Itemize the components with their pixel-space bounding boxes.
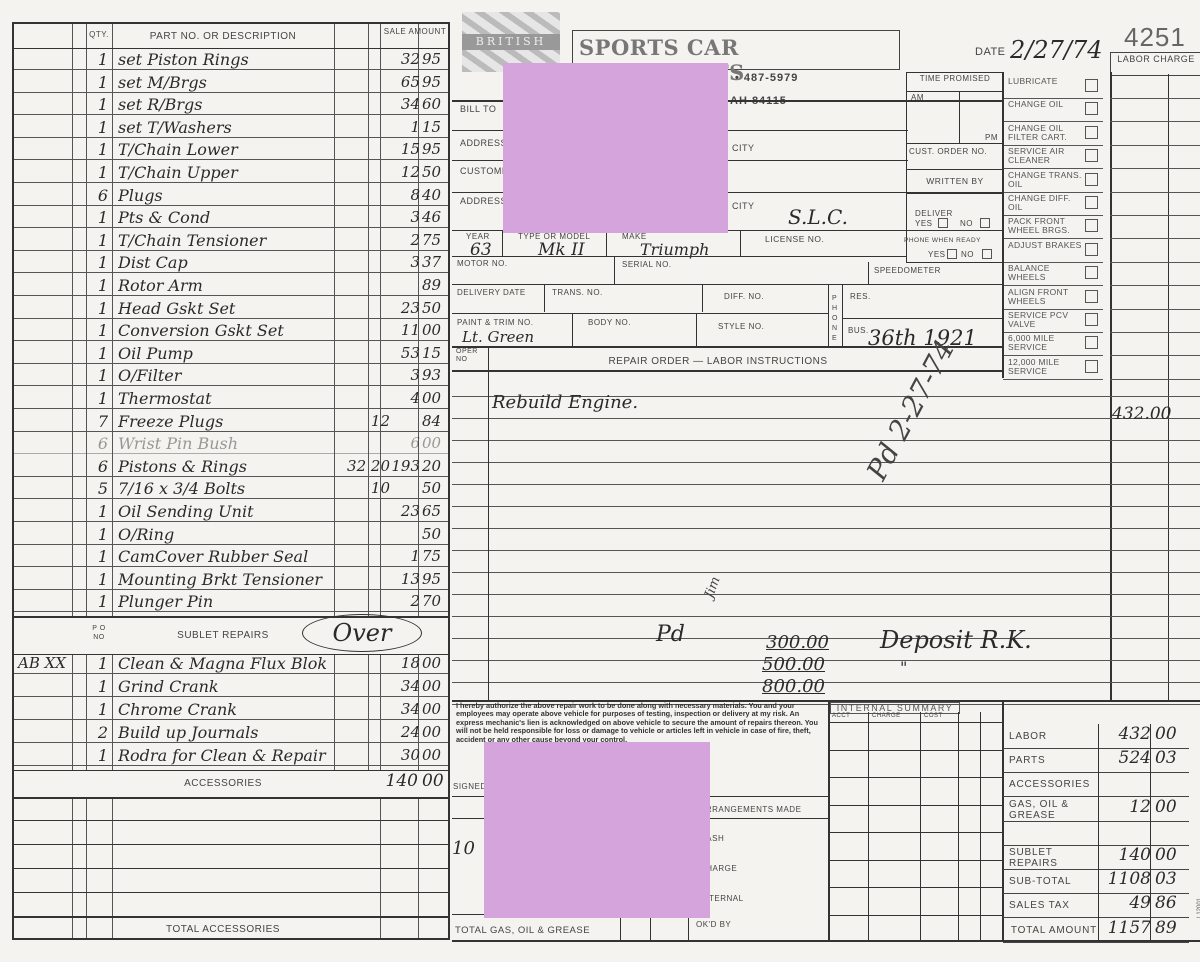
part-dollars: 53 xyxy=(386,344,420,362)
part-qty: 5 xyxy=(92,479,114,498)
part-cents: 60 xyxy=(422,95,450,113)
part-row: 1Oil Sending Unit2365 xyxy=(14,502,448,522)
part-cents: 50 xyxy=(422,479,450,497)
part-cents: 95 xyxy=(422,570,450,588)
sale-amount-header: SALE AMOUNT xyxy=(380,27,450,37)
labor-charge-line xyxy=(1110,379,1200,380)
city-label: CITY xyxy=(732,143,755,153)
total-row: SUB-TOTAL110803 xyxy=(1003,869,1189,894)
part-qty: 1 xyxy=(92,389,114,408)
accessories-header-row: ACCESSORIES 140 00 xyxy=(14,770,448,799)
part-dollars: 6 xyxy=(386,434,420,452)
labor-charge-line xyxy=(1110,98,1200,99)
labor-charge-line xyxy=(1110,215,1200,216)
part-qty: 1 xyxy=(92,299,114,318)
redaction-block xyxy=(503,63,728,233)
part-description: 7/16 x 3/4 Bolts xyxy=(118,479,338,498)
service-item: ALIGN FRONT WHEELS xyxy=(1003,285,1103,310)
part-cents: 40 xyxy=(422,186,450,204)
part-row: 1Dist Cap337 xyxy=(14,253,448,273)
part-row: 1Head Gskt Set2350 xyxy=(14,299,448,319)
service-label: PACK FRONT WHEEL BRGS. xyxy=(1008,217,1086,235)
diff-label: DIFF. NO. xyxy=(724,292,764,301)
part-cents: 15 xyxy=(422,344,450,362)
service-checkbox[interactable] xyxy=(1085,126,1098,139)
total-cents: 03 xyxy=(1155,748,1189,768)
redaction-block xyxy=(484,742,710,918)
total-cents: 00 xyxy=(1155,845,1189,865)
labor-charge-line xyxy=(1110,285,1200,286)
part-dollars: 32 xyxy=(386,50,420,68)
gas-value: 10 xyxy=(452,838,475,859)
part-dollars: 11 xyxy=(386,321,420,339)
phone-yes-checkbox[interactable] xyxy=(947,249,957,259)
sublet-cents: 00 xyxy=(422,746,450,764)
part-description: Conversion Gskt Set xyxy=(118,321,338,340)
service-label: LUBRICATE xyxy=(1008,77,1086,86)
deliver-label: DELIVER xyxy=(915,209,953,218)
part-dollars: 193 xyxy=(386,457,420,475)
labor-charge-line xyxy=(1110,192,1200,193)
sublet-row: 1Chrome Crank3400 xyxy=(14,700,448,720)
part-row: 1O/Filter393 xyxy=(14,366,448,386)
service-checkbox[interactable] xyxy=(1085,313,1098,326)
part-row: 1O/Ring50 xyxy=(14,525,448,545)
part-dollars: 1 xyxy=(386,547,420,565)
part-row: 6Pistons & Rings32 2019320 xyxy=(14,457,448,477)
part-qty: 1 xyxy=(92,344,114,363)
service-checkbox[interactable] xyxy=(1085,266,1098,279)
payment-2-note: " xyxy=(900,658,907,677)
labor-line xyxy=(452,616,1200,617)
trans-label: TRANS. NO. xyxy=(552,288,603,297)
sublet-row: 2Build up Journals2400 xyxy=(14,723,448,743)
sublet-cents: 00 xyxy=(422,654,450,672)
part-description: Head Gskt Set xyxy=(118,299,338,318)
sublet-dollars: 34 xyxy=(386,677,420,695)
part-description: T/Chain Upper xyxy=(118,163,338,182)
service-checkbox[interactable] xyxy=(1085,360,1098,373)
part-dollars: 15 xyxy=(386,140,420,158)
part-row: 1T/Chain Upper1250 xyxy=(14,163,448,183)
service-item: 6,000 MILE SERVICE xyxy=(1003,331,1103,356)
service-label: SERVICE PCV VALVE xyxy=(1008,311,1086,329)
part-cents: 84 xyxy=(422,412,450,430)
labor-line xyxy=(452,528,1200,529)
total-dollars: 432 xyxy=(1103,724,1151,744)
sublet-qty: 1 xyxy=(92,677,114,696)
service-checkbox[interactable] xyxy=(1085,290,1098,303)
service-item: BALANCE WHEELS xyxy=(1003,261,1103,286)
phone-vertical-label: PHONE xyxy=(832,294,840,344)
service-item: PACK FRONT WHEEL BRGS. xyxy=(1003,214,1103,239)
sublet-qty: 1 xyxy=(92,654,114,673)
service-checkbox[interactable] xyxy=(1085,196,1098,209)
service-checkbox[interactable] xyxy=(1085,173,1098,186)
service-checkbox[interactable] xyxy=(1085,79,1098,92)
part-dollars: 3 xyxy=(386,208,420,226)
total-label: GAS, OIL & GREASE xyxy=(1009,799,1101,821)
time-promised-label: TIME PROMISED xyxy=(907,75,1003,83)
service-checkbox[interactable] xyxy=(1085,336,1098,349)
logo-text: BRITISH xyxy=(462,34,560,50)
address-label: ADDRESS xyxy=(460,138,507,148)
part-cents: 00 xyxy=(422,321,450,339)
cost-col: COST xyxy=(924,713,943,719)
labor-line xyxy=(452,660,1200,661)
part-dollars: 13 xyxy=(386,570,420,588)
part-dollars: 12 xyxy=(386,163,420,181)
date-label: DATE xyxy=(975,46,1006,58)
total-row: ACCESSORIES xyxy=(1003,772,1189,797)
part-cents: 70 xyxy=(422,592,450,610)
city-value: S.L.C. xyxy=(788,205,848,229)
part-cents: 00 xyxy=(422,389,450,407)
part-description: Plugs xyxy=(118,186,338,205)
part-qty: 1 xyxy=(92,592,114,611)
total-row: PARTS52403 xyxy=(1003,748,1189,773)
total-dollars: 12 xyxy=(1103,797,1151,817)
part-row: 1Rotor Arm89 xyxy=(14,276,448,296)
total-cents: 03 xyxy=(1155,869,1189,889)
over-note: Over xyxy=(302,614,422,652)
total-row xyxy=(1003,821,1189,846)
sublet-po: AB XX xyxy=(18,654,66,672)
labor-line xyxy=(452,594,1200,595)
part-row: 1T/Chain Tensioner275 xyxy=(14,231,448,251)
part-dollars: 3 xyxy=(386,253,420,271)
parts-table: QTY. PART NO. OR DESCRIPTION SALE AMOUNT… xyxy=(12,22,450,940)
service-checkbox[interactable] xyxy=(1085,243,1098,256)
style-label: STYLE NO. xyxy=(718,322,764,331)
company-phone: • 487-5979 xyxy=(735,72,798,84)
part-description: Freeze Plugs xyxy=(118,412,338,431)
part-dollars: 3 xyxy=(386,366,420,384)
deliver-yes-label: YES xyxy=(915,219,933,228)
part-description: Thermostat xyxy=(118,389,338,408)
time-promised-block: TIME PROMISED AM PM CUST. ORDER NO. WRIT… xyxy=(906,72,1003,194)
labor-amount: 432.00 xyxy=(1112,404,1198,424)
acct-col: ACCT xyxy=(832,713,850,719)
part-list-price: 32 20 xyxy=(334,457,390,475)
part-row: 1Plunger Pin270 xyxy=(14,592,448,612)
total-dollars: 524 xyxy=(1103,748,1151,768)
service-label: 12,000 MILE SERVICE xyxy=(1008,358,1086,376)
labor-charge-line xyxy=(1110,355,1200,356)
sublet-description: Chrome Crank xyxy=(118,700,338,719)
labor-line xyxy=(452,462,1200,463)
labor-charge-line xyxy=(1110,238,1200,239)
arrangements-label: ARRANGEMENTS MADE xyxy=(700,805,801,814)
sublet-qty: 2 xyxy=(92,723,114,742)
phone-no-label: NO xyxy=(961,250,974,259)
bill-to-label: BILL TO xyxy=(460,104,496,114)
service-item: LUBRICATE xyxy=(1003,74,1103,99)
service-label: CHANGE TRANS. OIL xyxy=(1008,171,1086,189)
part-qty: 1 xyxy=(92,163,114,182)
service-item: CHANGE TRANS. OIL xyxy=(1003,168,1103,193)
part-qty: 1 xyxy=(92,50,114,69)
labor-line xyxy=(452,484,1200,485)
date-value: 2/27/74 xyxy=(1010,36,1103,64)
sublet-qty: 1 xyxy=(92,700,114,719)
service-item: CHANGE OIL xyxy=(1003,97,1103,122)
cust-order-label: CUST. ORDER NO. xyxy=(909,147,987,156)
service-label: 6,000 MILE SERVICE xyxy=(1008,334,1086,352)
service-checkbox[interactable] xyxy=(1085,149,1098,162)
paint-value: Lt. Green xyxy=(462,328,534,346)
bus-label: BUS. xyxy=(848,326,869,335)
service-label: ADJUST BRAKES xyxy=(1008,241,1086,250)
part-cents: 15 xyxy=(422,118,450,136)
accessories-header: ACCESSORIES xyxy=(112,778,334,789)
service-item: CHANGE OIL FILTER CART. xyxy=(1003,121,1103,146)
part-row: 1set M/Brgs6595 xyxy=(14,73,448,93)
part-row: 1Oil Pump5315 xyxy=(14,344,448,364)
total-label: SALES TAX xyxy=(1009,900,1101,911)
total-accessories-label: TOTAL ACCESSORIES xyxy=(112,924,334,935)
labor-line xyxy=(452,572,1200,573)
sublet-row: AB XX1Clean & Magna Flux Blok1800 xyxy=(14,654,448,674)
total-label: SUB-TOTAL xyxy=(1009,876,1101,887)
part-cents: 95 xyxy=(422,140,450,158)
service-label: CHANGE OIL xyxy=(1008,100,1086,109)
city-label-2: CITY xyxy=(732,201,755,211)
part-qty: 1 xyxy=(92,321,114,340)
labor-line xyxy=(452,682,1200,683)
sublet-description: Build up Journals xyxy=(118,723,338,742)
part-dollars: 8 xyxy=(386,186,420,204)
service-checkbox[interactable] xyxy=(1085,219,1098,232)
total-cents: 00 xyxy=(1155,797,1189,817)
part-qty: 1 xyxy=(92,547,114,566)
part-dollars: 2 xyxy=(386,592,420,610)
labor-charge-line xyxy=(1110,168,1200,169)
part-qty: 7 xyxy=(92,412,114,431)
sublet-dollars: 34 xyxy=(386,700,420,718)
phone-no-checkbox[interactable] xyxy=(982,249,992,259)
payment-total-amount: 800.00 xyxy=(762,676,825,697)
deliver-no-label: NO xyxy=(960,219,973,228)
part-qty: 1 xyxy=(92,502,114,521)
part-description: Pistons & Rings xyxy=(118,457,338,476)
service-label: CHANGE OIL FILTER CART. xyxy=(1008,124,1086,142)
part-dollars: 4 xyxy=(386,389,420,407)
address-label-2: ADDRESS xyxy=(460,196,507,206)
labor-instructions-header: REPAIR ORDER — LABOR INSTRUCTIONS xyxy=(488,356,948,367)
part-description: T/Chain Lower xyxy=(118,140,338,159)
labor-charge-line xyxy=(1110,262,1200,263)
part-cents: 46 xyxy=(422,208,450,226)
total-cents: 86 xyxy=(1155,893,1189,913)
service-item: SERVICE PCV VALVE xyxy=(1003,308,1103,333)
payment-prefix: Pd xyxy=(656,622,685,647)
part-cents: 37 xyxy=(422,253,450,271)
part-qty: 1 xyxy=(92,525,114,544)
po-label: P O NO xyxy=(86,624,112,642)
part-row: 1Thermostat400 xyxy=(14,389,448,409)
service-checkbox[interactable] xyxy=(1085,102,1098,115)
service-item: ADJUST BRAKES xyxy=(1003,238,1103,263)
part-qty: 1 xyxy=(92,95,114,114)
part-description: CamCover Rubber Seal xyxy=(118,547,338,566)
part-qty: 1 xyxy=(92,276,114,295)
sublet-description: Grind Crank xyxy=(118,677,338,696)
part-cents: 50 xyxy=(422,525,450,543)
part-cents: 95 xyxy=(422,73,450,91)
total-gas-oil-grease-label: TOTAL GAS, OIL & GREASE xyxy=(455,925,590,936)
part-description: Oil Sending Unit xyxy=(118,502,338,521)
part-description: Wrist Pin Bush xyxy=(118,434,338,453)
part-row: 1set T/Washers115 xyxy=(14,118,448,138)
part-qty: 1 xyxy=(92,231,114,250)
labor-line xyxy=(452,418,1200,419)
labor-charge-line xyxy=(1110,309,1200,310)
service-label: ALIGN FRONT WHEELS xyxy=(1008,288,1086,306)
part-row: 1Mounting Brkt Tensioner1395 xyxy=(14,570,448,590)
part-description: Mounting Brkt Tensioner xyxy=(118,570,338,589)
total-cents: 89 xyxy=(1155,918,1189,938)
labor-instruction-1: Rebuild Engine. xyxy=(492,392,638,413)
sublet-cents: 00 xyxy=(422,677,450,695)
labor-charge-header-box: LABOR CHARGE xyxy=(1110,52,1200,76)
total-label: ACCESSORIES xyxy=(1009,779,1101,790)
part-cents: 50 xyxy=(422,163,450,181)
part-qty: 1 xyxy=(92,73,114,92)
part-row: 1set R/Brgs3460 xyxy=(14,95,448,115)
part-cents: 00 xyxy=(422,434,450,452)
phone-when-ready-label: PHONE WHEN READY xyxy=(904,237,981,244)
total-label: LABOR xyxy=(1009,731,1101,742)
part-row: 1Pts & Cond346 xyxy=(14,208,448,228)
part-row: 1Conversion Gskt Set1100 xyxy=(14,321,448,341)
part-qty: 1 xyxy=(92,208,114,227)
sublet-dollars: 24 xyxy=(386,723,420,741)
service-label: BALANCE WHEELS xyxy=(1008,264,1086,282)
total-row: GAS, OIL & GREASE1200 xyxy=(1003,797,1189,822)
part-dollars: 23 xyxy=(386,502,420,520)
paint-label: PAINT & TRIM NO. xyxy=(457,318,533,327)
part-cents: 20 xyxy=(422,457,450,475)
part-row: 1CamCover Rubber Seal175 xyxy=(14,547,448,567)
part-qty: 1 xyxy=(92,140,114,159)
part-qty: 1 xyxy=(92,570,114,589)
part-description: Oil Pump xyxy=(118,344,338,363)
part-cents: 89 xyxy=(422,276,450,294)
service-label: SERVICE AIR CLEANER xyxy=(1008,147,1086,165)
sublet-dollars: 30 xyxy=(386,746,420,764)
part-cents: 75 xyxy=(422,547,450,565)
part-row: 1T/Chain Lower1595 xyxy=(14,140,448,160)
sublet-header-row: P O NO SUBLET REPAIRS Over xyxy=(14,616,448,655)
am-label: AM xyxy=(911,93,924,102)
labor-charge-line xyxy=(1110,332,1200,333)
part-description: Rotor Arm xyxy=(118,276,338,295)
oper-no-label: OPER NO xyxy=(456,348,484,364)
total-row: SUBLET REPAIRS14000 xyxy=(1003,845,1189,870)
license-label: LICENSE NO. xyxy=(765,234,824,244)
total-row: TOTAL AMOUNT115789 xyxy=(1003,918,1189,943)
labor-line xyxy=(452,506,1200,507)
part-description: set Piston Rings xyxy=(118,50,338,69)
part-qty: 1 xyxy=(92,366,114,385)
year-value: 63 xyxy=(470,240,492,260)
total-dollars: 1157 xyxy=(1103,918,1151,938)
part-row: 7Freeze Plugs1284 xyxy=(14,412,448,432)
total-label: PARTS xyxy=(1009,755,1101,766)
deliver-no-checkbox[interactable] xyxy=(980,218,990,228)
total-dollars: 49 xyxy=(1103,893,1151,913)
part-row: 6Wrist Pin Bush600 xyxy=(14,434,448,454)
service-item: SERVICE AIR CLEANER xyxy=(1003,144,1103,169)
total-row: LABOR43200 xyxy=(1003,724,1189,749)
part-cents: 65 xyxy=(422,502,450,520)
side-note: Jim xyxy=(702,575,724,601)
serial-label: SERIAL NO. xyxy=(622,260,672,269)
part-row: 57/16 x 3/4 Bolts1050 xyxy=(14,479,448,499)
res-label: RES. xyxy=(850,292,871,301)
signed-label: SIGNED xyxy=(453,782,487,791)
qty-header: QTY. xyxy=(86,30,112,39)
part-qty: 6 xyxy=(92,434,114,453)
total-label: SUBLET REPAIRS xyxy=(1009,847,1101,869)
part-row: 6Plugs840 xyxy=(14,186,448,206)
delivery-date-label: DELIVERY DATE xyxy=(457,288,526,297)
description-header: PART NO. OR DESCRIPTION xyxy=(112,31,334,42)
total-dollars: 140 xyxy=(1103,845,1151,865)
sublet-row: 1Grind Crank3400 xyxy=(14,677,448,697)
okd-by-label: OK'D BY xyxy=(696,920,731,929)
part-description: Pts & Cond xyxy=(118,208,338,227)
service-label: CHANGE DIFF. OIL xyxy=(1008,194,1086,212)
sublet-qty: 1 xyxy=(92,746,114,765)
speedometer-label: SPEEDOMETER xyxy=(874,266,941,275)
part-list-price: 10 xyxy=(334,479,390,497)
total-label: TOTAL AMOUNT xyxy=(1009,925,1097,936)
payment-1-amount: 300.00 xyxy=(766,632,829,653)
sublet-row: 1Rodra for Clean & Repair3000 xyxy=(14,746,448,766)
part-description: Dist Cap xyxy=(118,253,338,272)
labor-line xyxy=(452,550,1200,551)
total-row: SALES TAX4986 xyxy=(1003,893,1189,918)
model-value: Mk II xyxy=(538,240,585,260)
sublet-description: Clean & Magna Flux Blok xyxy=(118,654,338,673)
labor-charge-header: LABOR CHARGE xyxy=(1111,55,1200,64)
motor-label: MOTOR NO. xyxy=(457,259,508,268)
part-description: set M/Brgs xyxy=(118,73,338,92)
part-cents: 50 xyxy=(422,299,450,317)
sublet-cents: 00 xyxy=(422,700,450,718)
pm-label: PM xyxy=(985,133,998,142)
part-description: Plunger Pin xyxy=(118,592,338,611)
deliver-yes-checkbox[interactable] xyxy=(938,218,948,228)
part-description: set T/Washers xyxy=(118,118,338,137)
sublet-total-cents: 00 xyxy=(422,771,444,791)
part-description: T/Chain Tensioner xyxy=(118,231,338,250)
part-cents: 93 xyxy=(422,366,450,384)
part-qty: 1 xyxy=(92,118,114,137)
order-number: 4251 xyxy=(1124,22,1186,53)
payment-2-amount: 500.00 xyxy=(762,654,825,675)
labor-line xyxy=(452,440,1200,441)
labor-charge-line xyxy=(1110,121,1200,122)
sublet-cents: 00 xyxy=(422,723,450,741)
written-by-label: WRITTEN BY xyxy=(907,176,1003,186)
part-description: O/Filter xyxy=(118,366,338,385)
part-dollars: 1 xyxy=(386,118,420,136)
part-qty: 6 xyxy=(92,457,114,476)
part-dollars: 65 xyxy=(386,73,420,91)
